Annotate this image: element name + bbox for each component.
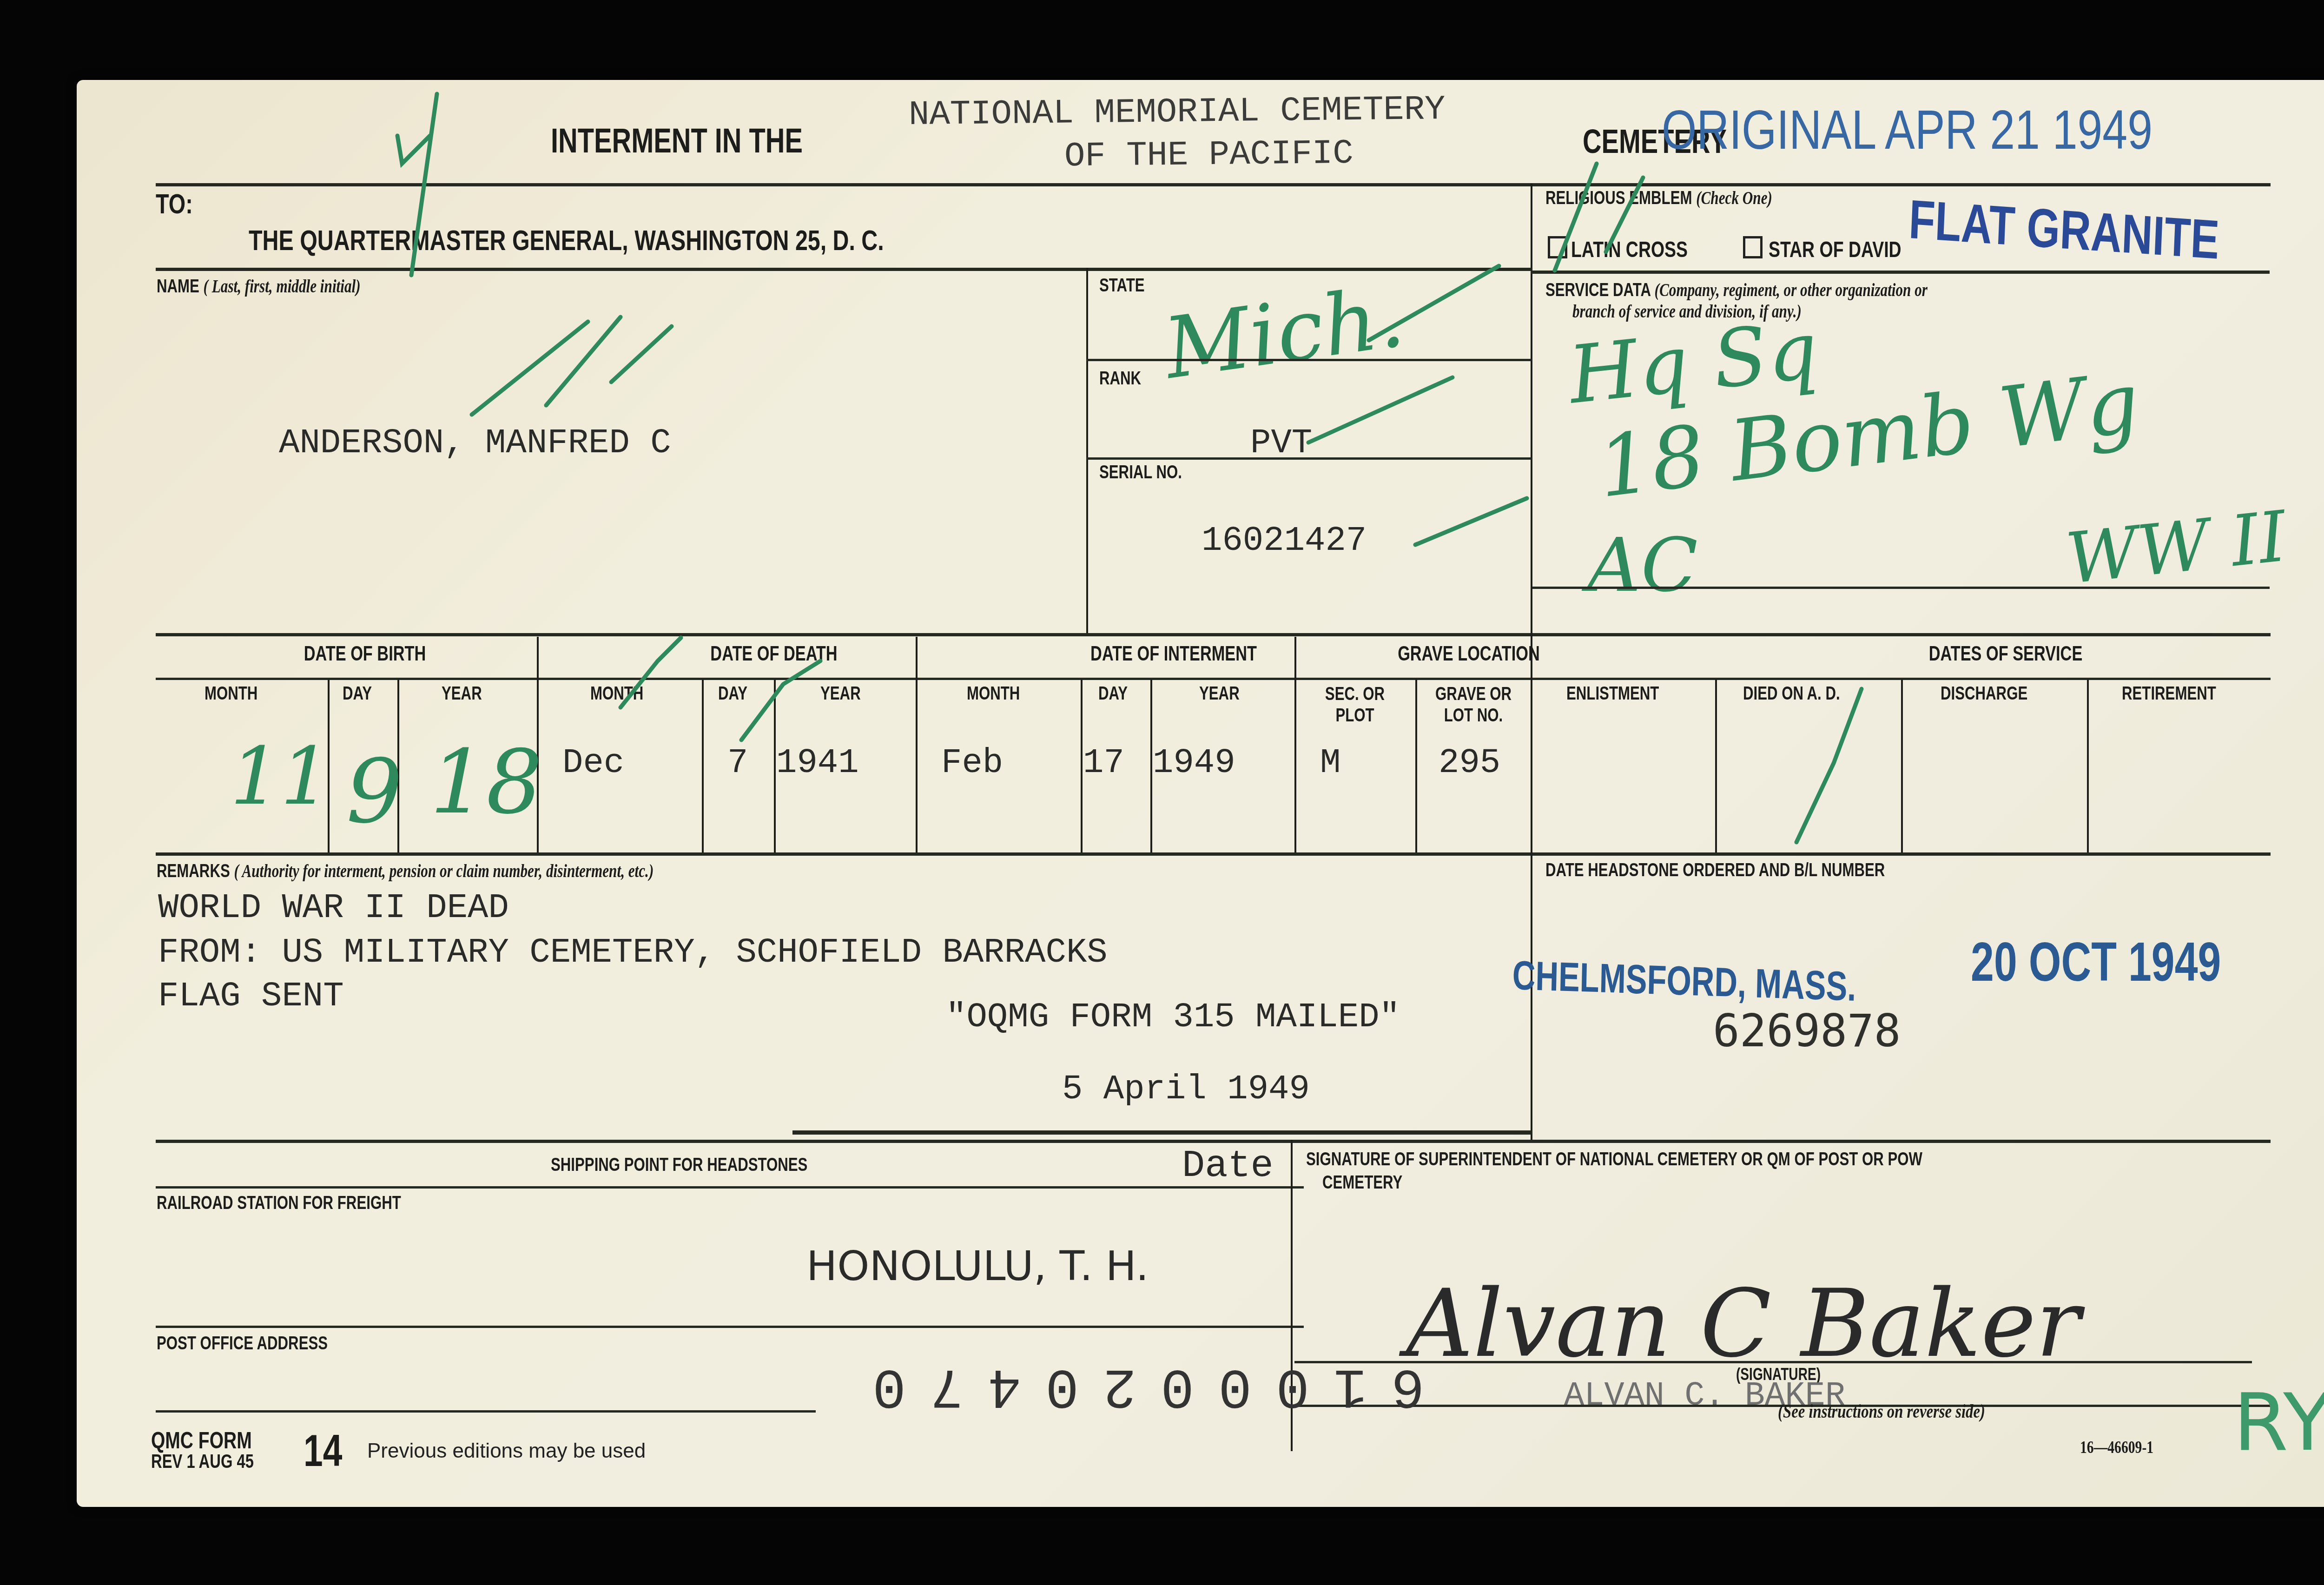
inverted-number-stamp: 6100020470 [848, 1354, 1425, 1417]
dates-bottom-divider [156, 852, 2271, 856]
birth-month-value: 11 [230, 731, 330, 823]
interment-year-value: 1949 [1153, 744, 1235, 783]
header-divider [156, 183, 2271, 186]
birth-label: DATE OF BIRTH [202, 642, 528, 666]
service-war: WW II [2062, 496, 2290, 600]
grave-location-label: GRAVE LOCATION [1333, 642, 1605, 666]
birth-day-label: DAY [343, 683, 372, 704]
remarks-bottom-divider [156, 1140, 2271, 1143]
star-of-david-label: STAR OF DAVID [1769, 237, 1901, 263]
name-label: NAME ( Last, first, middle initial) [157, 275, 361, 297]
rank-serial-divider [1086, 457, 1532, 460]
to-divider [156, 268, 1532, 271]
grave-section-label: SEC. OR PLOT [1311, 683, 1398, 726]
birth-day-value: 9 [346, 740, 403, 843]
to-label: TO: [156, 188, 193, 220]
oqmg-date: 5 April 1949 [1062, 1070, 1310, 1109]
dates-of-service-top [1531, 587, 2270, 589]
remarks-line1: WORLD WAR II DEAD [158, 889, 509, 928]
death-day-value: 7 [727, 744, 748, 783]
interment-label: DATE OF INTERMENT [978, 642, 1369, 666]
headstone-date-stamp: 20 OCT 1949 [1971, 931, 2221, 994]
service-unit-line3: AC [1587, 522, 1698, 608]
interment-month-value: Feb [941, 744, 1003, 783]
service-col1-divider [1715, 680, 1717, 854]
death-year-label: YEAR [820, 683, 861, 704]
death-month-value: Dec [562, 744, 624, 783]
reviewer-initials: RY [2233, 1377, 2324, 1469]
name-value: ANDERSON, MANFRED C [279, 424, 671, 463]
footer-divider [156, 1410, 816, 1413]
serial-label: SERIAL NO. [1099, 462, 1182, 483]
interment-day-year-divider [1150, 680, 1152, 854]
religious-emblem-label: RELIGIOUS EMBLEM (Check One) [1545, 187, 1772, 209]
headstone-order-label: DATE HEADSTONE ORDERED AND B/L NUMBER [1545, 860, 1885, 881]
service-col-enlistment: ENLISTMENT [1566, 683, 1659, 704]
form-line2: REV 1 AUG 45 [151, 1450, 254, 1473]
dates-sub-divider [156, 678, 2271, 680]
cemetery-name-line2: OF THE PACIFIC [1064, 134, 1354, 177]
emblem-divider [1531, 271, 2270, 274]
state-value: Mich. [1159, 268, 1410, 398]
interment-day-label: DAY [1098, 683, 1128, 704]
railroad-value: HONOLULU, T. H. [806, 1242, 1149, 1290]
interment-record-card: INTERMENT IN THE NATIONAL MEMORIAL CEMET… [77, 80, 2324, 1507]
death-day-year-divider [774, 680, 776, 854]
service-data-label: SERVICE DATA (Company, regiment, or othe… [1545, 279, 1928, 301]
editions-note: Previous editions may be used [367, 1440, 646, 1463]
name-state-divider [1086, 268, 1088, 635]
signature-label-line2: CEMETERY [1322, 1172, 1402, 1193]
railroad-label: RAILROAD STATION FOR FREIGHT [157, 1193, 401, 1214]
grave-lot-label: GRAVE OR LOT NO. [1432, 683, 1515, 726]
original-date-stamp: ORIGINAL APR 21 1949 [1662, 99, 2152, 162]
print-code: 16—46609-1 [2080, 1437, 2153, 1458]
service-col-discharge: DISCHARGE [1941, 683, 2027, 704]
remarks-bottom-thick [792, 1130, 1532, 1135]
railroad-divider [156, 1326, 1304, 1328]
dates-top-divider [156, 633, 2271, 636]
death-month-day-divider [702, 680, 704, 854]
bl-number: 6269878 [1713, 1005, 1901, 1057]
state-rank-divider [1086, 359, 1532, 361]
interment-grave-divider [1294, 637, 1296, 854]
dates-of-service-label: DATES OF SERVICE [1806, 642, 2205, 666]
service-col-died-on-ad: DIED ON A. D. [1743, 683, 1840, 704]
grave-sec-lot-divider [1415, 680, 1417, 854]
instructions-note: (See instructions on reverse side) [1778, 1400, 1985, 1423]
birth-year-label: YEAR [442, 683, 482, 704]
death-day-label: DAY [718, 683, 747, 704]
state-label: STATE [1099, 275, 1145, 296]
star-of-david-checkbox[interactable] [1743, 236, 1763, 258]
death-interment-divider [916, 637, 918, 854]
oqmg-note: "OQMG FORM 315 MAILED" [946, 998, 1400, 1037]
signature-line [1294, 1361, 2252, 1363]
grave-lot-value: 295 [1439, 744, 1500, 783]
death-year-value: 1941 [776, 744, 859, 783]
interment-month-label: MONTH [967, 683, 1020, 704]
death-month-label: MONTH [590, 683, 643, 704]
shipping-date-word: Date [1182, 1144, 1274, 1188]
interment-day-value: 17 [1083, 744, 1124, 783]
post-office-label: POST OFFICE ADDRESS [157, 1333, 328, 1354]
shipping-divider [156, 1186, 1304, 1189]
service-col3-divider [2087, 680, 2089, 854]
remarks-label: REMARKS ( Authority for interment, pensi… [157, 860, 654, 882]
death-label: DATE OF DEATH [593, 642, 955, 666]
form-number: 14 [304, 1426, 342, 1477]
grave-section-value: M [1320, 744, 1340, 783]
signature-label-line1: SIGNATURE OF SUPERINTENDENT OF NATIONAL … [1306, 1149, 1922, 1170]
rank-label: RANK [1099, 368, 1141, 389]
service-col2-divider [1901, 680, 1903, 854]
birth-month-label: MONTH [205, 683, 257, 704]
interment-year-label: YEAR [1199, 683, 1240, 704]
shipping-label: SHIPPING POINT FOR HEADSTONES [551, 1155, 807, 1176]
headstone-supplier-stamp: CHELMSFORD, MASS. [1512, 951, 1857, 1010]
to-value: THE QUARTERMASTER GENERAL, WASHINGTON 25… [249, 224, 884, 257]
remarks-line3: FLAG SENT [158, 977, 344, 1016]
header-prefix: INTERMENT IN THE [551, 121, 803, 160]
latin-cross-checkbox[interactable] [1548, 236, 1567, 258]
latin-cross-label: LATIN CROSS [1571, 237, 1688, 263]
cemetery-name-line1: NATIONAL MEMORIAL CEMETERY [909, 90, 1446, 135]
serial-value: 16021427 [1202, 522, 1367, 561]
grave-service-divider [1531, 587, 1532, 854]
material-stamp: FLAT GRANITE [1908, 188, 2220, 272]
interment-month-day-divider [1081, 680, 1083, 854]
service-col-retirement: RETIREMENT [2122, 683, 2216, 704]
birth-year-value: 18 [430, 731, 542, 833]
remarks-line2: FROM: US MILITARY CEMETERY, SCHOFIELD BA… [158, 933, 1108, 972]
